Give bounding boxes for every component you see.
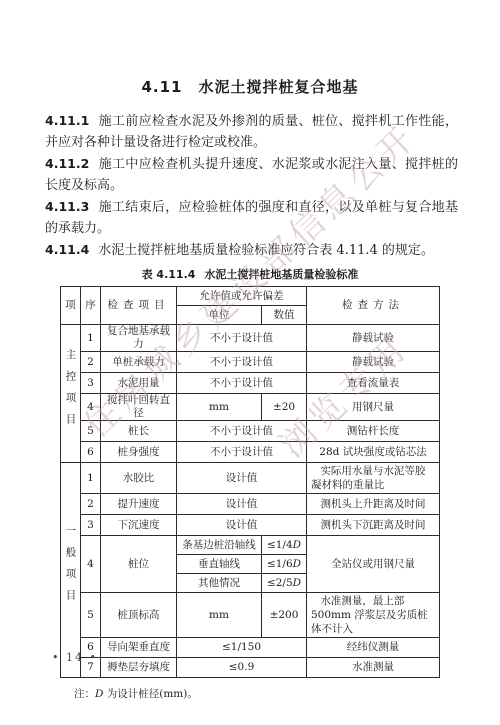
clause-number: 4.11.1 <box>45 113 89 128</box>
section-label-text: 一般项目 <box>64 525 78 611</box>
clause-4-11-3: 4.11.3施工结束后，应检验桩体的强度和直径，以及单桩与复合地基的承载力。 <box>45 196 458 239</box>
item-cell: 桩身强度 <box>101 442 177 463</box>
col-header-check-item: 检查项目 <box>101 287 177 325</box>
allow-cell: 设计值 <box>177 515 307 536</box>
clause-4-11-1: 4.11.1施工前应检查水泥及外掺剂的质量、桩位、搅拌机工作性能，并应对各种计量… <box>45 110 458 153</box>
col-header-seq: 序 <box>81 287 101 325</box>
seq-cell: 3 <box>81 515 101 536</box>
seq-cell: 1 <box>81 463 101 494</box>
value-symbol: D <box>293 558 301 570</box>
value-cell: ≤2/5D <box>262 574 307 593</box>
table-row-general-7: 7 褥垫层夯填度 ≤0.9 水准测量 <box>61 658 440 678</box>
document-page: 住房城乡建设部信息公开 浏览专用 4.11水泥土搅拌桩复合地基 4.11.1施工… <box>0 0 500 725</box>
table-row-main-3: 3 水泥用量 不小于设计值 查看流量表 <box>61 373 440 394</box>
allow-cell: 不小于设计值 <box>177 352 307 373</box>
item-cell: 导向架垂直度 <box>101 638 177 658</box>
section-number: 4.11 <box>141 78 182 96</box>
method-cell: 测钻杆长度 <box>307 421 440 442</box>
item-cell: 下沉速度 <box>101 515 177 536</box>
table-header-row: 项 序 检查项目 允许值或允许偏差 检查方法 <box>61 287 440 306</box>
unit-cell: mm <box>177 394 262 421</box>
value-cell: ±20 <box>262 394 307 421</box>
method-cell: 水准测量，最上部 500mm 浮浆层及劣质桩体不计入 <box>307 593 440 638</box>
method-cell: 用钢尺量 <box>307 394 440 421</box>
method-cell: 测机头上升距离及时间 <box>307 494 440 515</box>
method-cell: 静载试验 <box>307 325 440 352</box>
method-cell: 实际用水量与水泥等胶凝材料的重量比 <box>307 463 440 494</box>
section-label-general: 一般项目 <box>61 463 81 678</box>
value-text: ≤1/4 <box>267 539 293 551</box>
allow-cell: 设计值 <box>177 463 307 494</box>
table-caption-number: 表 4.11.4 <box>142 268 196 281</box>
method-cell: 查看流量表 <box>307 373 440 394</box>
clause-text: 施工前应检查水泥及外掺剂的质量、桩位、搅拌机工作性能，并应对各种计量设备进行检定… <box>45 114 458 150</box>
table-row-main-4: 4 搅拌叶回转直径 mm ±20 用钢尺量 <box>61 394 440 421</box>
method-cell: 水准测量 <box>307 658 440 678</box>
allow-cell: 不小于设计值 <box>177 442 307 463</box>
table-row-general-6: 6 导向架垂直度 ≤1/150 经纬仪测量 <box>61 638 440 658</box>
item-cell: 桩长 <box>101 421 177 442</box>
item-cell: 水泥用量 <box>101 373 177 394</box>
seq-cell: 6 <box>81 442 101 463</box>
item-cell: 桩顶标高 <box>101 593 177 638</box>
method-cell: 测机头下沉距离及时间 <box>307 515 440 536</box>
table-row-main-5: 5 桩长 不小于设计值 测钻杆长度 <box>61 421 440 442</box>
table-row-main-6: 6 桩身强度 不小于设计值 28d 试块强度或钻芯法 <box>61 442 440 463</box>
value-text: ≤2/5 <box>267 577 293 589</box>
method-cell: 经纬仪测量 <box>307 638 440 658</box>
item-cell: 提升速度 <box>101 494 177 515</box>
value-cell: ≤1/6D <box>262 555 307 574</box>
table-row-general-1: 一般项目 1 水胶比 设计值 实际用水量与水泥等胶凝材料的重量比 <box>61 463 440 494</box>
table-caption-text: 水泥土搅拌桩地基质量检验标准 <box>204 268 358 281</box>
value-text: ≤1/6 <box>267 558 293 570</box>
seq-cell: 2 <box>81 352 101 373</box>
item-cell: 单桩承载力 <box>101 352 177 373</box>
allow-cell: 不小于设计值 <box>177 373 307 394</box>
page-number: • 14 • <box>52 651 98 664</box>
item-cell: 桩位 <box>101 536 177 593</box>
table-row-general-4a: 4 桩位 条基边桩沿轴线 ≤1/4D 全站仪或用钢尺量 <box>61 536 440 555</box>
seq-cell: 4 <box>81 536 101 593</box>
col-header-unit: 单位 <box>177 306 262 325</box>
item-cell: 复合地基承载力 <box>101 325 177 352</box>
clause-block: 4.11.1施工前应检查水泥及外掺剂的质量、桩位、搅拌机工作性能，并应对各种计量… <box>45 110 458 261</box>
table-row-main-1: 主控项目 1 复合地基承载力 不小于设计值 静载试验 <box>61 325 440 352</box>
col-header-method: 检查方法 <box>307 287 440 325</box>
note-text: 为设计桩径(mm)。 <box>103 688 197 700</box>
condition-cell: 垂直轴线 <box>177 555 262 574</box>
unit-cell: mm <box>177 593 262 638</box>
item-cell: 搅拌叶回转直径 <box>101 394 177 421</box>
table-caption: 表 4.11.4水泥土搅拌桩地基质量检验标准 <box>0 266 500 282</box>
seq-cell: 2 <box>81 494 101 515</box>
table-row-general-2: 2 提升速度 设计值 测机头上升距离及时间 <box>61 494 440 515</box>
allow-cell: ≤1/150 <box>177 638 307 658</box>
note-prefix: 注： <box>74 688 95 700</box>
clause-text: 施工中应检查机头提升速度、水泥浆或水泥注入量、搅拌桩的长度及标高。 <box>45 157 458 193</box>
quality-inspection-table: 项 序 检查项目 允许值或允许偏差 检查方法 单位 数值 主控项目 1 复合地基… <box>60 286 440 678</box>
table-row-general-3: 3 下沉速度 设计值 测机头下沉距离及时间 <box>61 515 440 536</box>
table-row-general-5: 5 桩顶标高 mm ±200 水准测量，最上部 500mm 浮浆层及劣质桩体不计… <box>61 593 440 638</box>
section-title: 4.11水泥土搅拌桩复合地基 <box>0 76 500 97</box>
clause-text: 水泥土搅拌桩地基质量检验标准应符合表 4.11.4 的规定。 <box>98 243 434 258</box>
col-header-item: 项 <box>61 287 81 325</box>
clause-4-11-2: 4.11.2施工中应检查机头提升速度、水泥浆或水泥注入量、搅拌桩的长度及标高。 <box>45 153 458 196</box>
value-cell: ±200 <box>262 593 307 638</box>
clause-4-11-4: 4.11.4水泥土搅拌桩地基质量检验标准应符合表 4.11.4 的规定。 <box>45 239 458 261</box>
value-symbol: D <box>293 539 301 551</box>
method-cell: 全站仪或用钢尺量 <box>307 536 440 593</box>
item-cell: 褥垫层夯填度 <box>101 658 177 678</box>
condition-cell: 条基边桩沿轴线 <box>177 536 262 555</box>
seq-cell: 5 <box>81 593 101 638</box>
table-note: 注：D 为设计桩径(mm)。 <box>74 686 500 701</box>
table-row-main-2: 2 单桩承载力 不小于设计值 静载试验 <box>61 352 440 373</box>
allow-cell: 不小于设计值 <box>177 421 307 442</box>
col-header-value: 数值 <box>262 306 307 325</box>
value-symbol: D <box>293 577 301 589</box>
value-cell: ≤1/4D <box>262 536 307 555</box>
method-cell: 静载试验 <box>307 352 440 373</box>
section-label-main-control: 主控项目 <box>61 325 81 463</box>
allow-cell: 设计值 <box>177 494 307 515</box>
clause-number: 4.11.2 <box>45 156 89 171</box>
seq-cell: 5 <box>81 421 101 442</box>
clause-number: 4.11.4 <box>45 242 89 257</box>
item-cell: 水胶比 <box>101 463 177 494</box>
seq-cell: 1 <box>81 325 101 352</box>
clause-text: 施工结束后，应检验桩体的强度和直径，以及单桩与复合地基的承载力。 <box>45 200 458 236</box>
allow-cell: ≤0.9 <box>177 658 307 678</box>
allow-cell: 不小于设计值 <box>177 325 307 352</box>
method-cell: 28d 试块强度或钻芯法 <box>307 442 440 463</box>
section-label-text: 主控项目 <box>64 349 78 435</box>
col-header-allow: 允许值或允许偏差 <box>177 287 307 306</box>
condition-cell: 其他情况 <box>177 574 262 593</box>
seq-cell: 3 <box>81 373 101 394</box>
section-title-text: 水泥土搅拌桩复合地基 <box>199 78 359 96</box>
clause-number: 4.11.3 <box>45 199 89 214</box>
seq-cell: 4 <box>81 394 101 421</box>
